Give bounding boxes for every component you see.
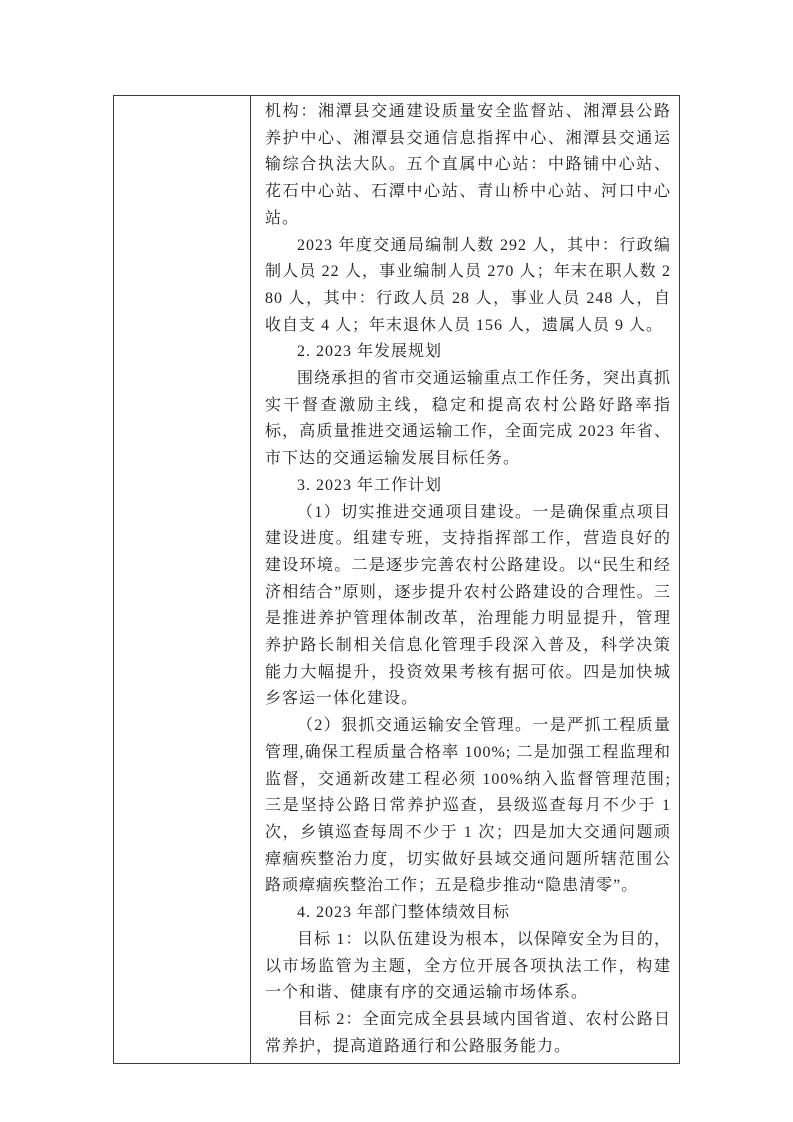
paragraph-goal-2: 目标 2：全面完成全县县域内国省道、农村公路日常养护，提高道路通行和公路服务能力… xyxy=(265,1007,671,1060)
paragraph-org-structure: 机构：湘潭县交通建设质量安全监督站、湘潭县公路养护中心、湘潭县交通信息指挥中心、… xyxy=(265,99,671,233)
content-cell: 机构：湘潭县交通建设质量安全监督站、湘潭县公路养护中心、湘潭县交通信息指挥中心、… xyxy=(251,96,680,1064)
paragraph-work-plan-item2: （2）狠抓交通运输安全管理。一是严抓工程质量管理,确保工程质量合格率 100%;… xyxy=(265,713,671,900)
paragraph-development-plan: 围绕承担的省市交通运输重点工作任务，突出真抓实干督查激励主线，稳定和提高农村公路… xyxy=(265,366,671,473)
document-page: 机构：湘潭县交通建设质量安全监督站、湘潭县公路养护中心、湘潭县交通信息指挥中心、… xyxy=(0,0,793,1122)
heading-work-plan: 3. 2023 年工作计划 xyxy=(265,473,671,500)
paragraph-staffing-numbers: 2023 年度交通局编制人数 292 人，其中：行政编制人员 22 人，事业编制… xyxy=(265,233,671,340)
paragraph-goal-1: 目标 1：以队伍建设为根本，以保障安全为目的，以市场监管为主题，全方位开展各项执… xyxy=(265,927,671,1007)
table-row: 机构：湘潭县交通建设质量安全监督站、湘潭县公路养护中心、湘潭县交通信息指挥中心、… xyxy=(114,96,680,1064)
content-table: 机构：湘潭县交通建设质量安全监督站、湘潭县公路养护中心、湘潭县交通信息指挥中心、… xyxy=(113,95,680,1064)
left-column-cell xyxy=(114,96,251,1064)
heading-development-plan: 2. 2023 年发展规划 xyxy=(265,339,671,366)
heading-performance-goals: 4. 2023 年部门整体绩效目标 xyxy=(265,900,671,927)
paragraph-work-plan-item1: （1）切实推进交通项目建设。一是确保重点项目建设进度。组建专班，支持指挥部工作，… xyxy=(265,500,671,714)
